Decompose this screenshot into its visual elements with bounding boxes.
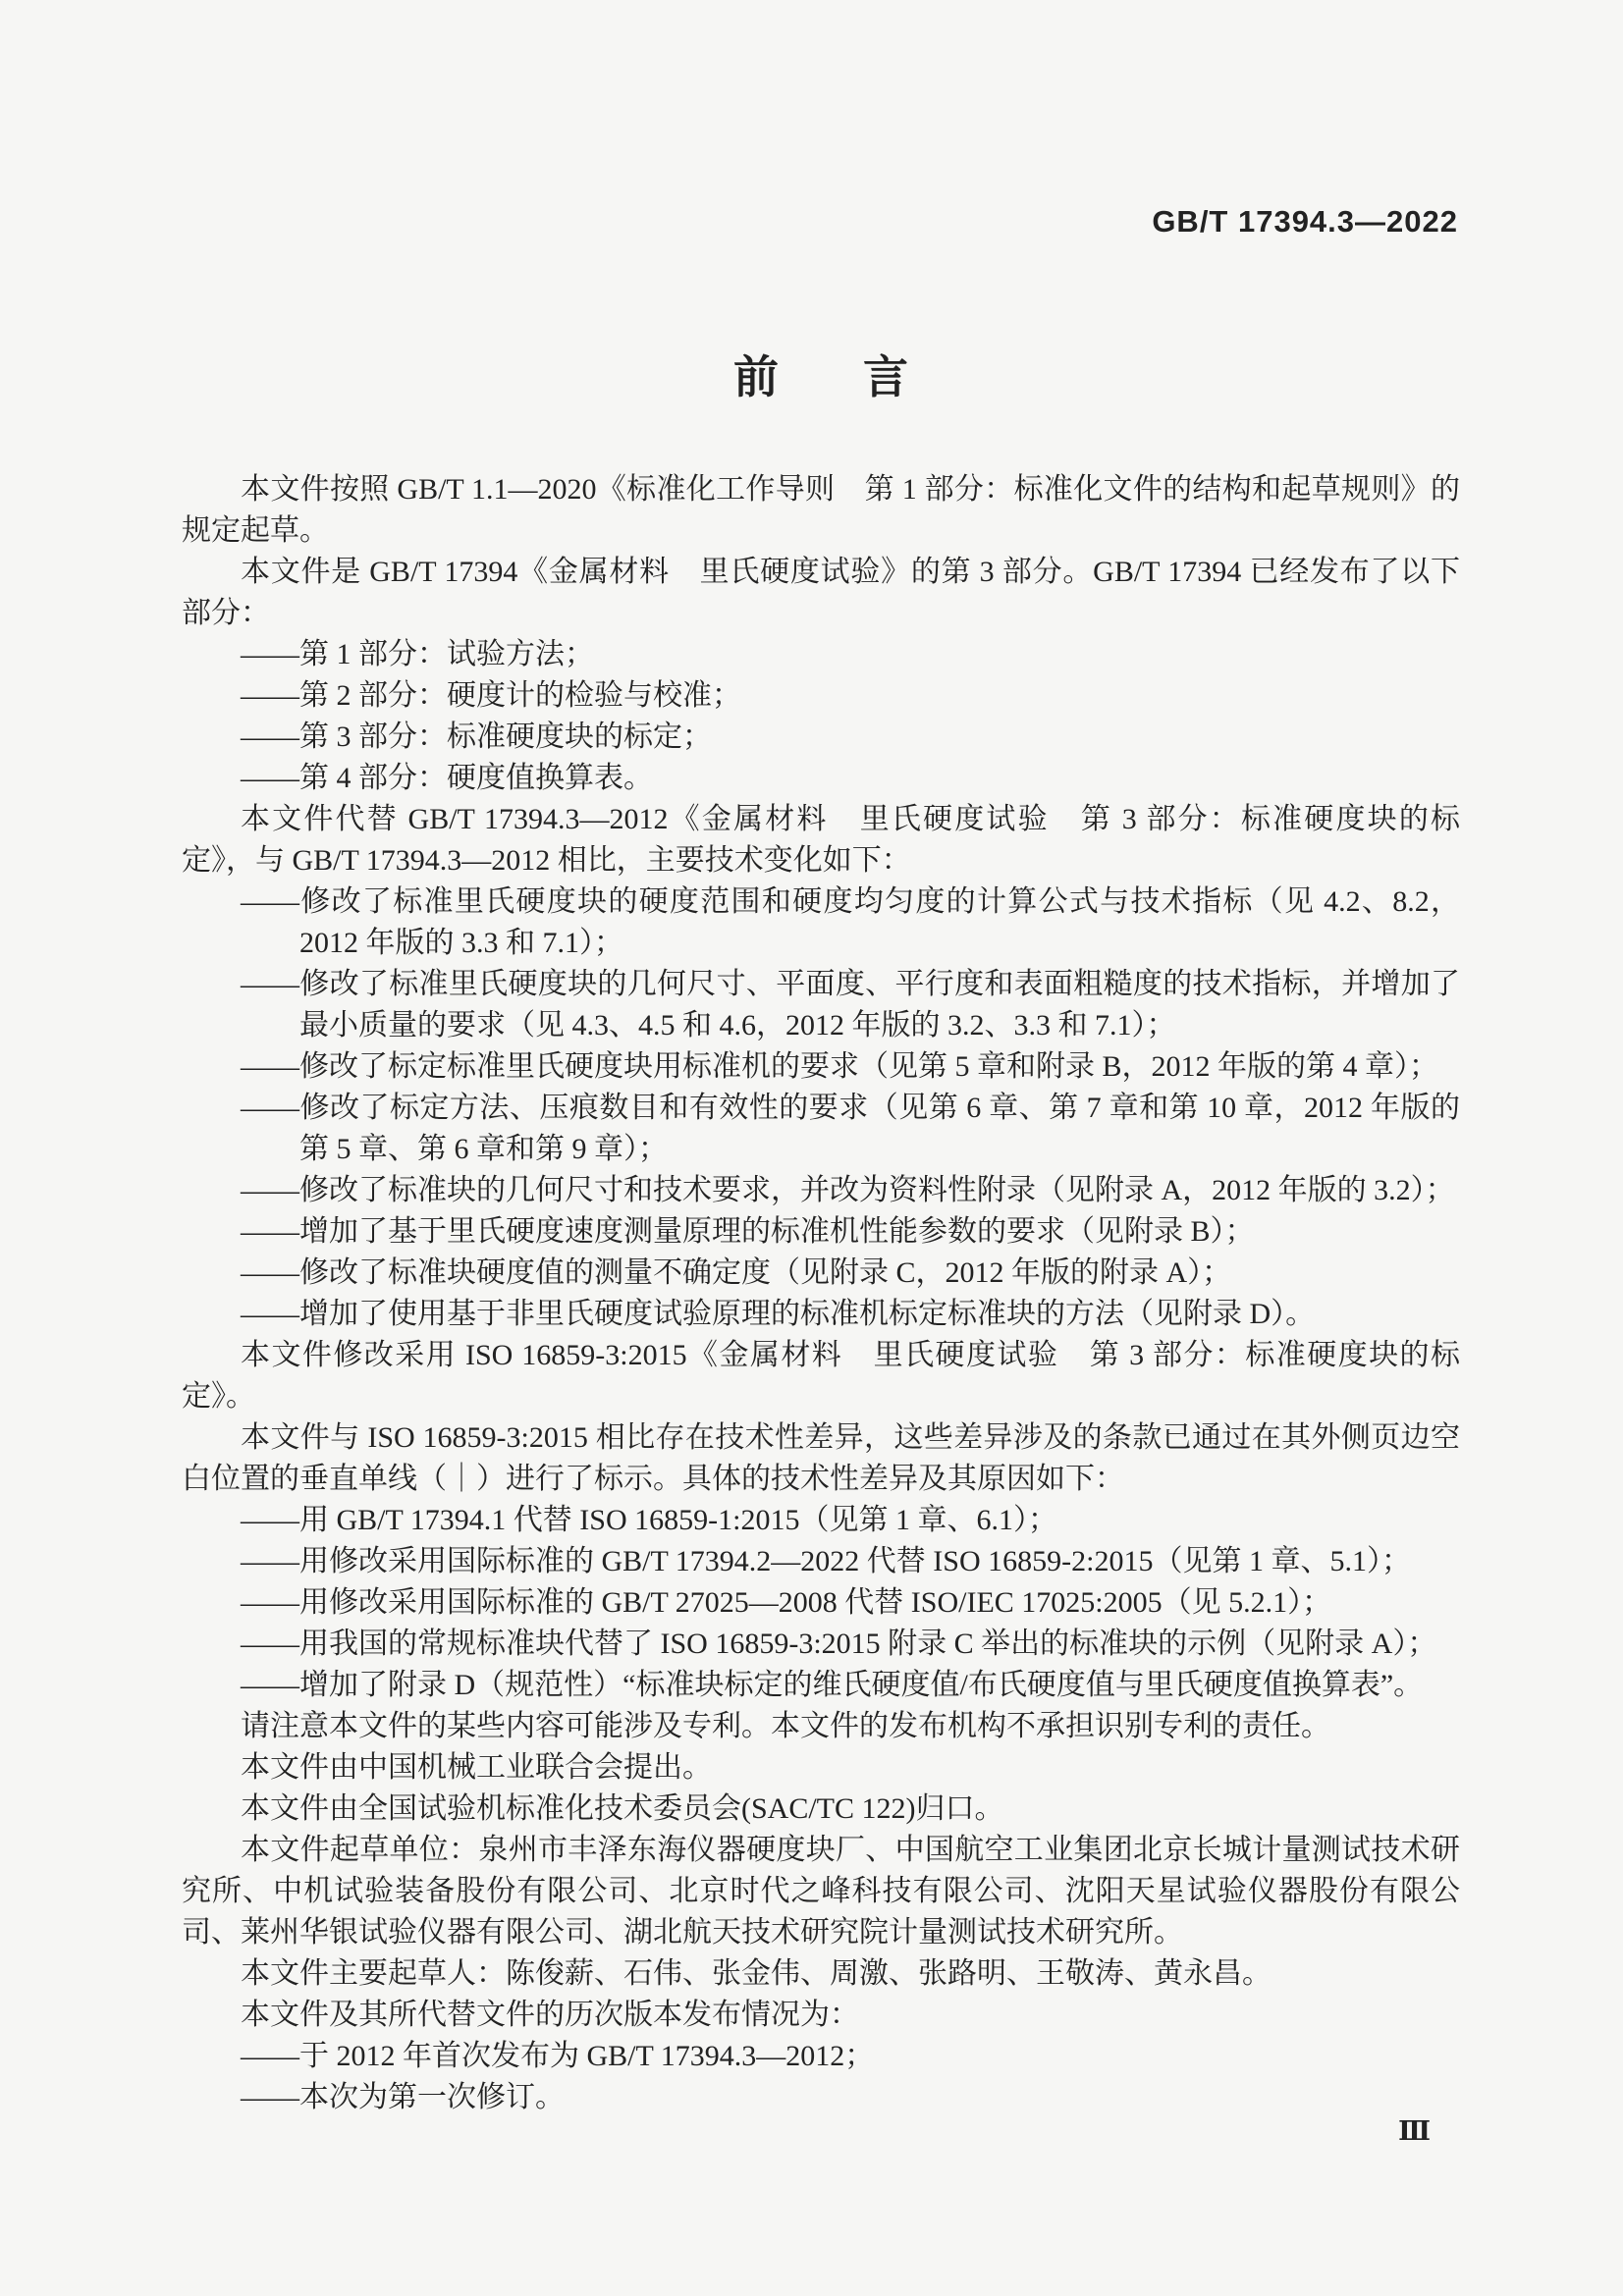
paragraph: 本文件主要起草人：陈俊薪、石伟、张金伟、周激、张路明、王敬涛、黄永昌。 (182, 1953, 1460, 1995)
paragraph: ——增加了基于里氏硬度速度测量原理的标准机性能参数的要求（见附录 B）； (182, 1211, 1460, 1253)
paragraph: ——于 2012 年首次发布为 GB/T 17394.3—2012； (182, 2036, 1460, 2077)
paragraph: ——修改了标准块硬度值的测量不确定度（见附录 C，2012 年版的附录 A）； (182, 1253, 1460, 1294)
paragraph: ——第 4 部分：硬度值换算表。 (182, 758, 1460, 799)
paragraph: 本文件由中国机械工业联合会提出。 (182, 1747, 1460, 1789)
paragraph: ——修改了标定标准里氏硬度块用标准机的要求（见第 5 章和附录 B，2012 年… (182, 1046, 1460, 1088)
paragraph: 本文件由全国试验机标准化技术委员会(SAC/TC 122)归口。 (182, 1789, 1460, 1830)
paragraph: 本文件是 GB/T 17394《金属材料 里氏硬度试验》的第 3 部分。GB/T… (182, 552, 1460, 634)
paragraph: 本文件按照 GB/T 1.1—2020《标准化工作导则 第 1 部分：标准化文件… (182, 469, 1460, 552)
paragraph: ——用 GB/T 17394.1 代替 ISO 16859-1:2015（见第 … (182, 1500, 1460, 1541)
foreword-body: 本文件按照 GB/T 1.1—2020《标准化工作导则 第 1 部分：标准化文件… (182, 469, 1460, 2118)
paragraph: ——用我国的常规标准块代替了 ISO 16859-3:2015 附录 C 举出的… (182, 1624, 1460, 1665)
paragraph: ——用修改采用国际标准的 GB/T 27025—2008 代替 ISO/IEC … (182, 1582, 1460, 1624)
paragraph: 本文件与 ISO 16859-3:2015 相比存在技术性差异，这些差异涉及的条… (182, 1417, 1460, 1500)
page-title: 前 言 (182, 342, 1460, 406)
paragraph: 本文件修改采用 ISO 16859-3:2015《金属材料 里氏硬度试验 第 3… (182, 1335, 1460, 1417)
paragraph: ——第 3 部分：标准硬度块的标定； (182, 717, 1460, 758)
paragraph: ——本次为第一次修订。 (182, 2077, 1460, 2118)
paragraph: 本文件起草单位：泉州市丰泽东海仪器硬度块厂、中国航空工业集团北京长城计量测试技术… (182, 1830, 1460, 1953)
paragraph: ——修改了标准块的几何尺寸和技术要求，并改为资料性附录（见附录 A，2012 年… (182, 1170, 1460, 1211)
paragraph: ——修改了标准里氏硬度块的硬度范围和硬度均匀度的计算公式与技术指标（见 4.2、… (182, 881, 1460, 964)
page-number: Ⅲ (1398, 2116, 1431, 2147)
document-page: GB/T 17394.3—2022 前 言 本文件按照 GB/T 1.1—202… (0, 0, 1623, 2296)
paragraph: ——第 1 部分：试验方法； (182, 634, 1460, 675)
paragraph: 请注意本文件的某些内容可能涉及专利。本文件的发布机构不承担识别专利的责任。 (182, 1706, 1460, 1747)
standard-code-header: GB/T 17394.3—2022 (1152, 204, 1458, 240)
paragraph: 本文件代替 GB/T 17394.3—2012《金属材料 里氏硬度试验 第 3 … (182, 799, 1460, 881)
paragraph: ——第 2 部分：硬度计的检验与校准； (182, 675, 1460, 717)
paragraph: ——修改了标定方法、压痕数目和有效性的要求（见第 6 章、第 7 章和第 10 … (182, 1088, 1460, 1170)
paragraph: ——增加了附录 D（规范性）“标准块标定的维氏硬度值/布氏硬度值与里氏硬度值换算… (182, 1665, 1460, 1706)
paragraph: ——用修改采用国际标准的 GB/T 17394.2—2022 代替 ISO 16… (182, 1541, 1460, 1582)
paragraph: ——修改了标准里氏硬度块的几何尺寸、平面度、平行度和表面粗糙度的技术指标，并增加… (182, 964, 1460, 1046)
paragraph: ——增加了使用基于非里氏硬度试验原理的标准机标定标准块的方法（见附录 D）。 (182, 1294, 1460, 1335)
paragraph: 本文件及其所代替文件的历次版本发布情况为： (182, 1995, 1460, 2036)
